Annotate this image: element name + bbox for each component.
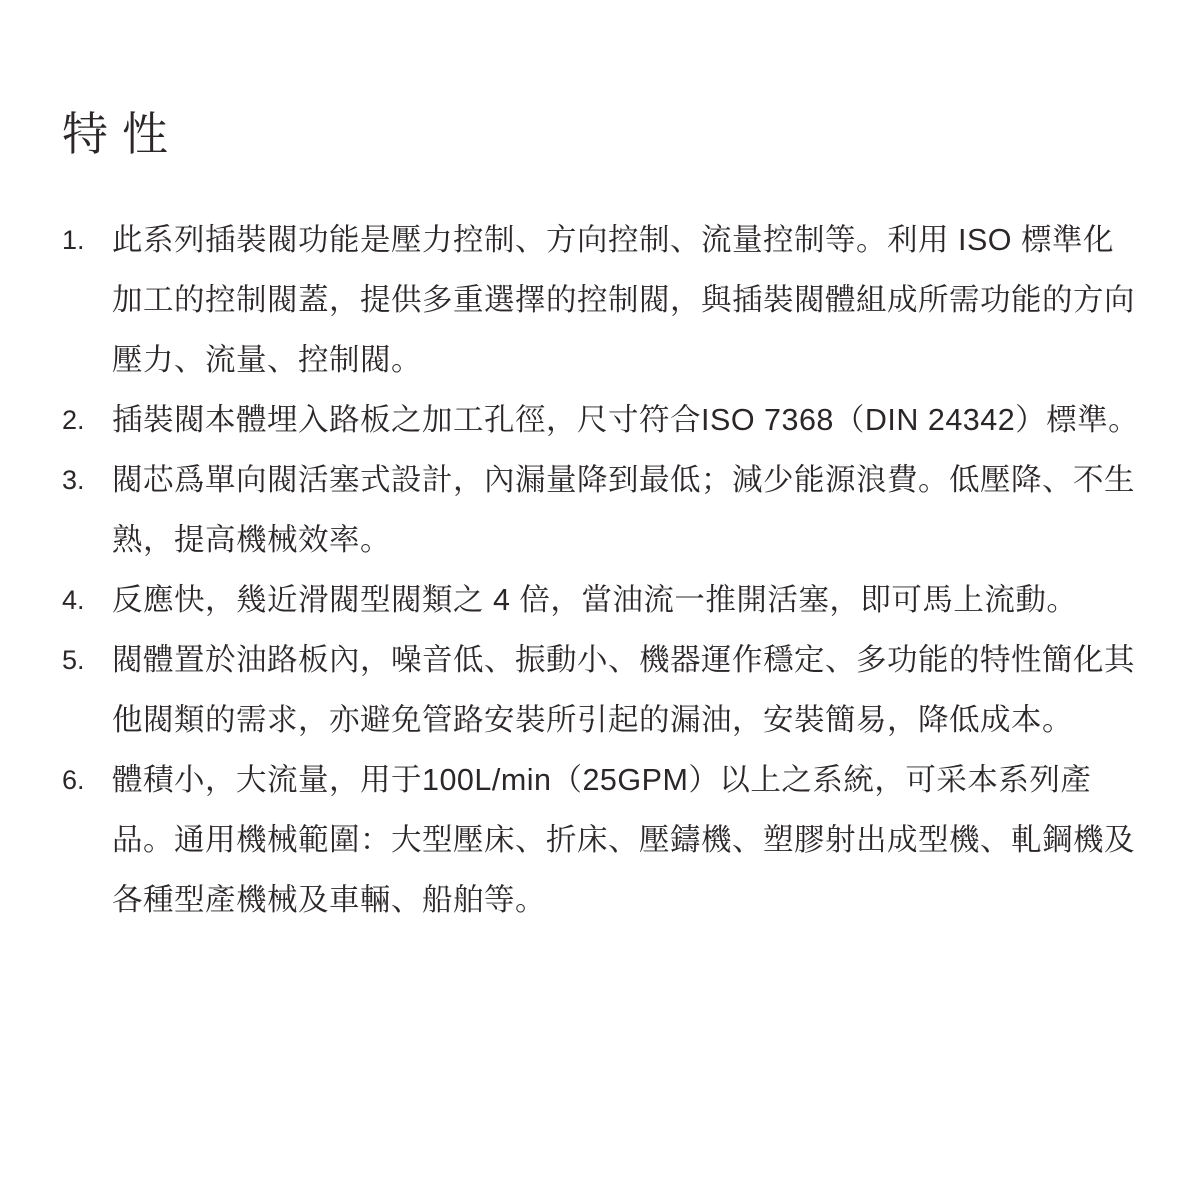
- list-item: 2. 插裝閥本體埋入路板之加工孔徑，尺寸符合ISO 7368（DIN 24342…: [62, 390, 1142, 450]
- feature-list: 1. 此系列插裝閥功能是壓力控制、方向控制、流量控制等。利用 ISO 標準化加工…: [62, 210, 1142, 930]
- list-item: 4. 反應快，幾近滑閥型閥類之 4 倍，當油流一推開活塞，即可馬上流動。: [62, 570, 1142, 630]
- list-item-number: 1.: [62, 210, 112, 270]
- list-item-text: 體積小，大流量，用于100L/min（25GPM）以上之系統，可采本系列產品。通…: [112, 750, 1142, 930]
- list-item-number: 2.: [62, 390, 112, 450]
- list-item-text: 閥體置於油路板內，噪音低、振動小、機器運作穩定、多功能的特性簡化其他閥類的需求，…: [112, 630, 1142, 750]
- list-item: 3. 閥芯爲單向閥活塞式設計，內漏量降到最低；減少能源浪費。低壓降、不生熟，提高…: [62, 450, 1142, 570]
- list-item-number: 4.: [62, 570, 112, 630]
- page-title: 特性: [62, 98, 1142, 164]
- list-item-number: 3.: [62, 450, 112, 510]
- list-item: 5. 閥體置於油路板內，噪音低、振動小、機器運作穩定、多功能的特性簡化其他閥類的…: [62, 630, 1142, 750]
- list-item: 1. 此系列插裝閥功能是壓力控制、方向控制、流量控制等。利用 ISO 標準化加工…: [62, 210, 1142, 390]
- list-item-text: 反應快，幾近滑閥型閥類之 4 倍，當油流一推開活塞，即可馬上流動。: [112, 570, 1142, 630]
- list-item-text: 閥芯爲單向閥活塞式設計，內漏量降到最低；減少能源浪費。低壓降、不生熟，提高機械效…: [112, 450, 1142, 570]
- list-item: 6. 體積小，大流量，用于100L/min（25GPM）以上之系統，可采本系列產…: [62, 750, 1142, 930]
- list-item-number: 5.: [62, 630, 112, 690]
- list-item-text: 此系列插裝閥功能是壓力控制、方向控制、流量控制等。利用 ISO 標準化加工的控制…: [112, 210, 1142, 390]
- list-item-text: 插裝閥本體埋入路板之加工孔徑，尺寸符合ISO 7368（DIN 24342）標準…: [112, 390, 1142, 450]
- list-item-number: 6.: [62, 750, 112, 810]
- document-page: 特性 1. 此系列插裝閥功能是壓力控制、方向控制、流量控制等。利用 ISO 標準…: [0, 0, 1200, 1200]
